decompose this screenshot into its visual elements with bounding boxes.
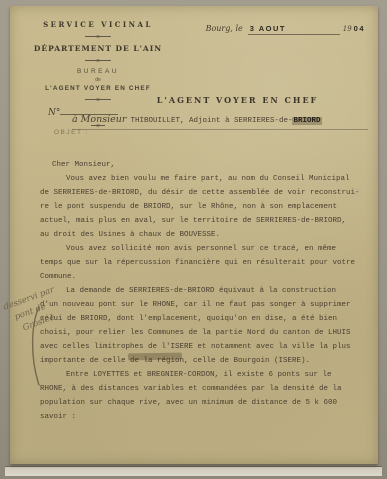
letterhead-agent-voyer: L'AGENT VOYER EN CHEF	[22, 85, 174, 92]
letter-paper: SERVICE VICINAL DÉPARTEMENT DE L'AIN BUR…	[10, 6, 378, 464]
salutation: Cher Monsieur,	[40, 158, 366, 172]
margin-bracket-stroke	[29, 306, 41, 386]
overstrike-mark	[128, 353, 182, 361]
addressee-stamped-commune: BRIORD	[292, 117, 321, 125]
addressee-line: à MonsieurTHIBOUILLET, Adjoint à SERRIER…	[72, 109, 368, 130]
objet-label: OBJET :	[54, 129, 89, 136]
addressee-name: THIBOUILLET, Adjoint à SERRIERES-de-	[130, 117, 292, 125]
dateline-place-label: Bourg, le	[206, 24, 243, 33]
paragraph-4: Entre LOYETTES et BREGNIER-CORDON, il ex…	[40, 368, 366, 424]
paragraph-2: Vous avez sollicité mon avis personnel s…	[40, 242, 366, 284]
year-printed-prefix: 19	[343, 25, 352, 33]
letterhead-service: SERVICE VICINAL	[22, 20, 174, 29]
paragraph-3: La demande de SERRIERES-de-BRIORD équiva…	[40, 284, 366, 368]
paragraph-1: Vous avez bien voulu me faire part, au n…	[40, 172, 366, 242]
divider-ornament	[85, 35, 111, 38]
letter-body: Cher Monsieur, Vous avez bien voulu me f…	[40, 158, 366, 424]
letterhead-bureau-de: de	[22, 77, 174, 83]
numero-label: N°	[48, 108, 60, 118]
date-stamp: 3 AOUT	[250, 24, 286, 33]
year-stamp: 04	[354, 24, 365, 33]
scanned-letter-photo: SERVICE VICINAL DÉPARTEMENT DE L'AIN BUR…	[0, 0, 387, 479]
divider-ornament	[85, 59, 111, 62]
scan-bottom-edge	[5, 467, 382, 476]
dateline: Bourg, le 3 AOUT 19 04	[206, 24, 365, 35]
letterhead-departement: DÉPARTEMENT DE L'AIN	[22, 44, 174, 53]
letterhead-bureau: BUREAU	[22, 68, 174, 75]
addressee-prefix: à Monsieur	[72, 114, 126, 125]
dateline-blank-line: 3 AOUT	[248, 24, 340, 35]
page-title: L'AGENT VOYER EN CHEF	[105, 95, 370, 105]
